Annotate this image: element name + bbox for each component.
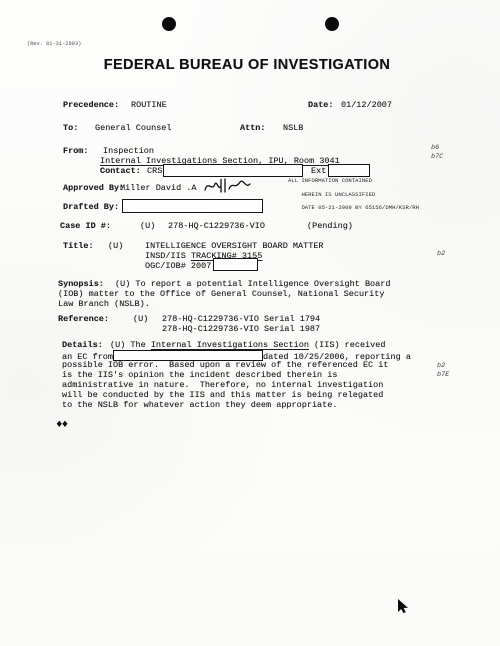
precedence-value: ROUTINE: [131, 100, 167, 110]
stamp-line2: HEREIN IS UNCLASSIFIED: [301, 191, 375, 198]
form-revision: (Rev. 01-31-2003): [27, 41, 81, 47]
case-id-value: 278-HQ-C1229736-VIO: [168, 221, 265, 231]
exemption-code-b2-details: b2: [437, 362, 445, 371]
title-classification: (U): [108, 241, 123, 251]
details-label: Details:: [62, 340, 103, 350]
scanned-fbi-document: (Rev. 01-31-2003) FEDERAL BUREAU OF INVE…: [0, 0, 500, 646]
date-label: Date:: [308, 100, 334, 110]
approved-by-label: Approved By:: [63, 183, 124, 193]
details-line1-post: (IIS) received: [309, 340, 386, 350]
from-label: From:: [63, 146, 89, 156]
from-value: Inspection: [103, 146, 154, 156]
case-id-classification: (U): [140, 221, 155, 231]
approved-by-value: Miller David .A: [120, 183, 197, 193]
end-of-document-marks: ♦♦: [56, 419, 67, 431]
contact-label: Contact:: [100, 166, 141, 176]
stamp-line1: ALL INFORMATION CONTAINED: [288, 177, 372, 184]
case-id-label: Case ID #:: [60, 221, 111, 231]
details-line3: possible IOB error. Based upon a review …: [62, 360, 388, 370]
synopsis-line2: (IOB) matter to the Office of General Co…: [58, 289, 384, 299]
to-label: To:: [63, 123, 78, 133]
details-line1-pre: (U) The: [110, 340, 151, 350]
stamp-line3: DATE 05-21-2009 BY 65156/DMH/KSR/RH: [301, 204, 419, 211]
mouse-cursor-icon: [397, 599, 409, 614]
details-line6: will be conducted by the IIS and this ma…: [62, 390, 383, 400]
document-title: FEDERAL BUREAU OF INVESTIGATION: [0, 57, 494, 73]
case-id-status: (Pending): [307, 221, 353, 231]
details-line1: (U) The Internal Investigations Section …: [110, 340, 385, 350]
declassification-stamp: ALL INFORMATION CONTAINED HEREIN IS UNCL…: [288, 178, 419, 219]
attn-label: Attn:: [240, 123, 266, 133]
contact-redaction-box: [163, 164, 303, 177]
exemption-code-b7e-details: b7E: [437, 371, 449, 380]
ext-redaction-box: [328, 164, 370, 177]
exemption-code-b7c: b7C: [431, 153, 443, 162]
ext-label: Ext: [311, 166, 326, 176]
title-line2-prefix: INSD/IIS: [145, 251, 191, 261]
reference-classification: (U): [133, 314, 148, 324]
details-line7: to the NSLB for whatever action they dee…: [62, 400, 337, 410]
approver-signature-scribble: [202, 177, 252, 195]
reference-label: Reference:: [58, 314, 109, 324]
to-value: General Counsel: [95, 123, 172, 133]
hole-punch-dot: [162, 17, 176, 31]
reference-line1: 278-HQ-C1229736-VIO Serial 1794: [162, 314, 320, 324]
details-line1-underlined: Internal Investigations Section: [151, 340, 309, 350]
drafted-by-redaction-box: [122, 199, 263, 213]
title-label: Title:: [63, 241, 94, 251]
title-line1: INTELLIGENCE OVERSIGHT BOARD MATTER: [145, 241, 324, 251]
hole-punch-dot: [325, 17, 339, 31]
title-line3: OGC/IOB# 2007: [145, 261, 211, 271]
iob-number-redaction-box: [213, 258, 258, 271]
synopsis-label: Synopsis:: [58, 279, 104, 289]
precedence-label: Precedence:: [63, 100, 119, 110]
synopsis-line1: (U) To report a potential Intelligence O…: [115, 279, 390, 289]
details-line5: administrative in nature. Therefore, no …: [62, 380, 383, 390]
reference-line2: 278-HQ-C1229736-VIO Serial 1987: [162, 324, 320, 334]
exemption-code-b2-title: b2: [437, 250, 445, 259]
attn-value: NSLB: [283, 123, 303, 133]
drafted-by-label: Drafted By:: [63, 202, 119, 212]
date-value: 01/12/2007: [341, 100, 392, 110]
contact-value: CRS: [147, 166, 162, 176]
details-line4: is the IIS's opinion the incident descri…: [62, 370, 337, 380]
exemption-code-b6: b6: [431, 144, 439, 153]
synopsis-line3: Law Branch (NSLB).: [58, 299, 150, 309]
